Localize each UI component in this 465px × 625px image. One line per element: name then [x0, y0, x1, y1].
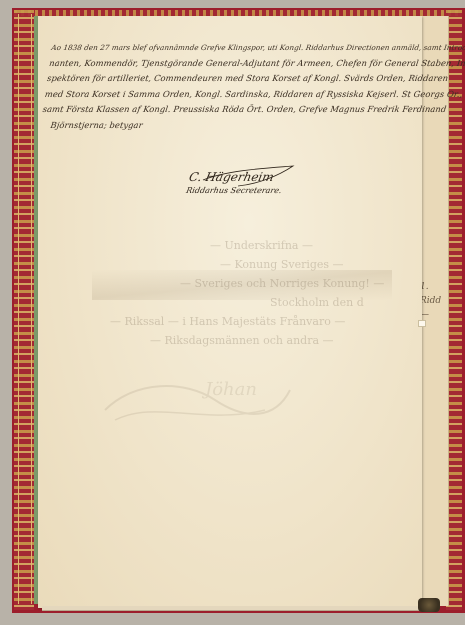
- page-bottom-edge: [42, 606, 426, 611]
- bleed-line: — Sveriges och Norriges Konung! —: [90, 274, 410, 293]
- bleed-line: — Underskrifna —: [90, 236, 410, 255]
- svg-text:Jöhan: Jöhan: [201, 379, 257, 400]
- side-tab-text: 1. Ridd —: [420, 280, 448, 322]
- bleed-through-text: — Underskrifna — — Konung Sveriges — — S…: [90, 236, 410, 350]
- signature-title: Riddarhus Secreterare.: [185, 186, 282, 195]
- side-tab-line: 1. Ridd: [420, 280, 448, 308]
- bleed-line: — Konung Sveriges —: [90, 255, 410, 274]
- paper-tab: [418, 320, 426, 327]
- bleed-line: — Riksdagsmännen och andra —: [90, 331, 410, 350]
- manuscript-line: Björnstjerna; betygar: [39, 118, 441, 134]
- bleed-through-seal-icon: Jöhan: [95, 370, 295, 430]
- bleed-line: Stockholm den d: [90, 293, 410, 312]
- bleed-line: — Rikssal — i Hans Majestäts Frånvaro —: [90, 312, 410, 331]
- gilt-border-left-inner: [18, 14, 32, 604]
- manuscript-line: Ao 1838 den 27 mars blef ofvannämnde Gre…: [50, 40, 452, 56]
- signature-name: C. Hägerheim: [188, 170, 286, 184]
- signature-block: C. Hägerheim Riddarhus Secreterare.: [185, 170, 286, 195]
- manuscript-line: nanten, Kommendör, Tjenstgörande General…: [48, 56, 450, 72]
- manuscript-line: med Stora Korset i Samma Orden, Kongl. S…: [44, 87, 446, 103]
- manuscript-line: spektören för artilleriet, Commendeuren …: [46, 71, 448, 87]
- manuscript-body: Ao 1838 den 27 mars blef ofvannämnde Gre…: [39, 40, 452, 133]
- binding-clasp-icon: [418, 598, 440, 612]
- manuscript-line: samt Första Klassen af Kongl. Preussiska…: [42, 102, 444, 118]
